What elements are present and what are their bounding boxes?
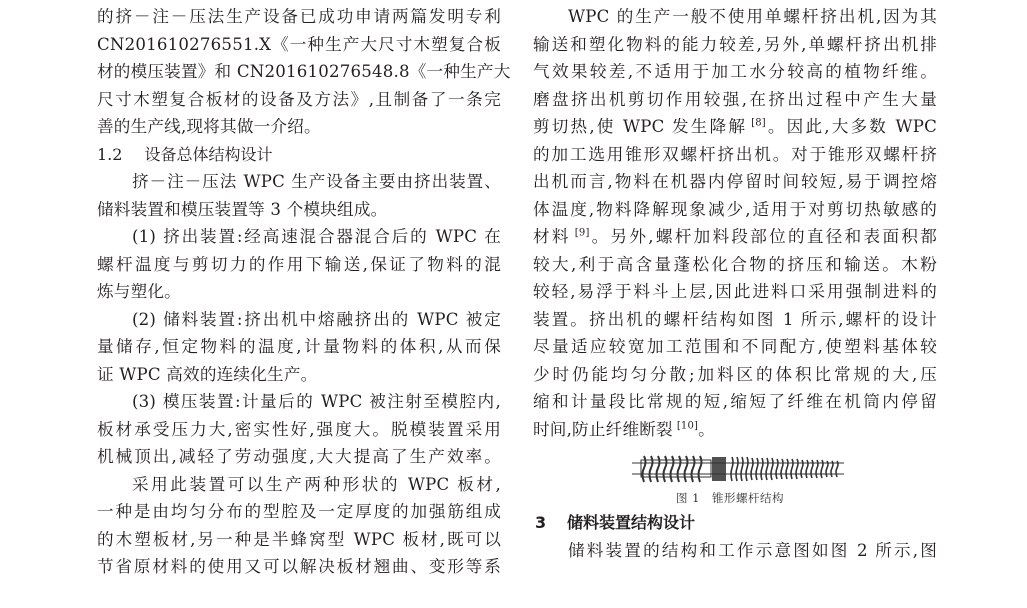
text-line: 较轻,易浮于料斗上层,因此进料口采用强制进料的 xyxy=(533,278,937,306)
right-column: WPC 的生产一般不使用单螺杆挤出机,因为其 输送和塑化物料的能力较差,另外,单… xyxy=(533,0,937,565)
conical-twin-screw-icon xyxy=(632,454,847,484)
text-line: 体温度,物料降解现象减少,适用于对剪切热敏感的 xyxy=(533,196,937,224)
text-line: 板材承受压力大,密实性好,强度大。脱模装置采用 xyxy=(97,416,501,444)
text-line: 缩和计量段比常规的短,缩短了纤维在机筒内停留 xyxy=(533,388,937,416)
text-line: 少时仍能均匀分散;加料区的体积比常规的大,压 xyxy=(533,361,937,389)
citation-ref-8[interactable]: [8] xyxy=(751,117,766,128)
text-line: 的挤－注－压法生产设备已成功申请两篇发明专利 xyxy=(97,3,501,31)
text-line: 证 WPC 高效的连续化生产。 xyxy=(97,361,501,389)
text-line: CN201610276551.X《一种生产大尺寸木塑复合板 xyxy=(97,31,501,59)
text-segment: 材料 xyxy=(533,227,571,246)
text-line: (3) 模压装置:计量后的 WPC 被注射至模腔内, xyxy=(97,388,501,416)
text-line: 气效果较差,不适用于加工水分较高的植物纤维。 xyxy=(533,58,937,86)
section-title: 储料装置结构设计 xyxy=(567,513,695,532)
text-line: 采用此装置可以生产两种形状的 WPC 板材, xyxy=(97,471,501,499)
text-line: 出机而言,物料在机器内停留时间较短,易于调控熔 xyxy=(533,168,937,196)
text-line: 材的模压装置》和 CN201610276548.8《一种生产大 xyxy=(97,58,501,86)
text-line: WPC 的生产一般不使用单螺杆挤出机,因为其 xyxy=(533,3,937,31)
text-line: 材料[9]。另外,螺杆加料段部位的直径和表面积都 xyxy=(533,223,937,251)
text-line: 剪切热,使 WPC 发生降解[8]。因此,大多数 WPC xyxy=(533,113,937,141)
section-heading-1-2: 1.2设备总体结构设计 xyxy=(97,141,501,169)
text-line: 一种是由均匀分布的型腔及一定厚度的加强筋组成 xyxy=(97,498,501,526)
text-line: 尺寸木塑复合板材的设备及方法》,且制备了一条完 xyxy=(97,86,501,114)
left-column: 的挤－注－压法生产设备已成功申请两篇发明专利 CN201610276551.X《… xyxy=(97,0,501,581)
figure-1 xyxy=(533,448,937,488)
text-line: 善的生产线,现将其做一介绍。 xyxy=(97,113,501,141)
text-segment: 。因此,大多数 WPC xyxy=(766,117,937,136)
section-number: 3 xyxy=(533,508,567,537)
text-line: 机械顶出,减轻了劳动强度,大大提高了生产效率。 xyxy=(97,443,501,471)
text-line: 磨盘挤出机剪切作用较强,在挤出过程中产生大量 xyxy=(533,86,937,114)
text-line: 的木塑板材,另一种是半蜂窝型 WPC 板材,既可以 xyxy=(97,526,501,554)
text-line: 储料装置和模压装置等 3 个模块组成。 xyxy=(97,196,501,224)
citation-ref-10[interactable]: [10] xyxy=(677,420,698,431)
section-heading-3: 3储料装置结构设计 xyxy=(533,508,937,537)
text-line: 节省原材料的使用又可以解决板材翘曲、变形等系 xyxy=(97,553,501,581)
text-line: 较大,利于高含量蓬松化合物的挤压和输送。木粉 xyxy=(533,251,937,279)
text-segment: 时间,防止纤维断裂 xyxy=(533,420,673,439)
text-line: 量储存,恒定物料的温度,计量物料的体积,从而保 xyxy=(97,333,501,361)
text-segment: 。 xyxy=(698,420,715,439)
section-number: 1.2 xyxy=(97,145,122,164)
figure-1-caption: 图 1 锥形螺杆结构 xyxy=(533,488,937,508)
section-title: 设备总体结构设计 xyxy=(144,145,272,164)
text-line: (2) 储料装置:挤出机中熔融挤出的 WPC 被定 xyxy=(97,306,501,334)
text-segment: 。另外,螺杆加料段部位的直径和表面积都 xyxy=(590,227,937,246)
text-line: 尽量适应较宽加工范围和不同配方,使塑料基体较 xyxy=(533,333,937,361)
citation-ref-9[interactable]: [9] xyxy=(575,227,590,238)
text-line: 挤－注－压法 WPC 生产设备主要由挤出装置、 xyxy=(97,168,501,196)
text-line: 炼与塑化。 xyxy=(97,278,501,306)
text-line: (1) 挤出装置:经高速混合器混合后的 WPC 在 xyxy=(97,223,501,251)
text-line: 输送和塑化物料的能力较差,另外,单螺杆挤出机排 xyxy=(533,31,937,59)
text-line: 螺杆温度与剪切力的作用下输送,保证了物料的混 xyxy=(97,251,501,279)
text-line: 的加工选用锥形双螺杆挤出机。对于锥形双螺杆挤 xyxy=(533,141,937,169)
text-line: 时间,防止纤维断裂[10]。 xyxy=(533,416,937,444)
text-line: 装置。挤出机的螺杆结构如图 1 所示,螺杆的设计 xyxy=(533,306,937,334)
text-line: 储料装置的结构和工作示意图如图 2 所示,图 xyxy=(533,537,937,565)
text-segment: 剪切热,使 WPC 发生降解 xyxy=(533,117,747,136)
